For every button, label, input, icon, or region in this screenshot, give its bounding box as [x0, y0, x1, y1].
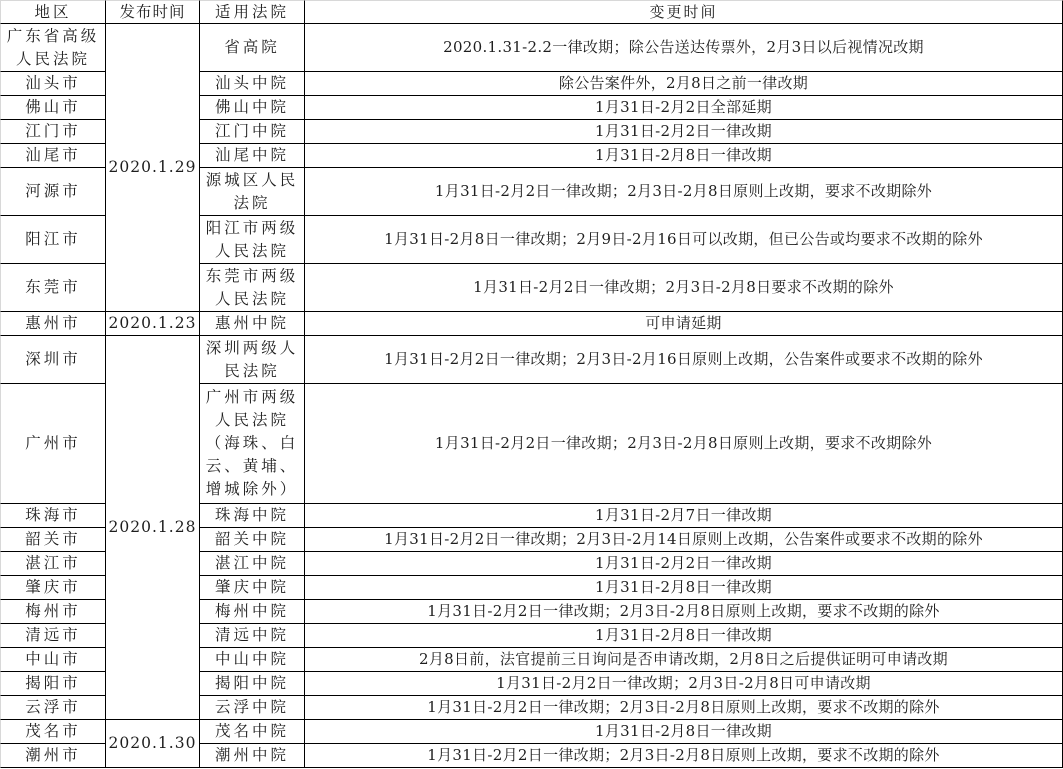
- region-cell: 惠州市: [0, 312, 106, 336]
- change-time-cell: 1月31日-2月2日一律改期；2月3日-2月14日原则上改期，公告案件或要求不改…: [305, 528, 1063, 552]
- region-cell: 揭阳市: [0, 672, 106, 696]
- change-time-cell: 1月31日-2月2日一律改期；2月3日-2月8日可申请改期: [305, 672, 1063, 696]
- court-cell: 梅州中院: [200, 600, 305, 624]
- court-cell: 云浮中院: [200, 696, 305, 720]
- region-cell: 中山市: [0, 648, 106, 672]
- court-cell: 珠海中院: [200, 504, 305, 528]
- court-cell: 茂名中院: [200, 720, 305, 744]
- region-cell: 肇庆市: [0, 576, 106, 600]
- region-cell: 汕头市: [0, 72, 106, 96]
- change-time-cell: 可申请延期: [305, 312, 1063, 336]
- court-cell: 肇庆中院: [200, 576, 305, 600]
- header-region: 地区: [0, 0, 106, 24]
- publish-date-group: 2020.1.23: [106, 312, 200, 336]
- region-cell: 江门市: [0, 120, 106, 144]
- publish-date-group: 2020.1.28: [106, 336, 200, 720]
- region-cell: 潮州市: [0, 744, 106, 768]
- change-time-cell: 1月31日-2月2日一律改期: [305, 120, 1063, 144]
- region-cell: 河源市: [0, 168, 106, 216]
- region-cell: 清远市: [0, 624, 106, 648]
- region-cell: 佛山市: [0, 96, 106, 120]
- change-time-cell: 1月31日-2月2日一律改期；2月3日-2月8日原则上改期，要求不改期的除外: [305, 744, 1063, 768]
- region-cell: 梅州市: [0, 600, 106, 624]
- change-time-cell: 1月31日-2月7日一律改期: [305, 504, 1063, 528]
- region-cell: 汕尾市: [0, 144, 106, 168]
- court-postponement-table: 地区 发布时间 适用法院 变更时间 2020.1.29 2020.1.23 20…: [0, 0, 1063, 768]
- publish-date-group: 2020.1.30: [106, 720, 200, 768]
- header-change-time: 变更时间: [305, 0, 1063, 24]
- court-cell: 清远中院: [200, 624, 305, 648]
- change-time-cell: 1月31日-2月2日一律改期；2月3日-2月16日原则上改期，公告案件或要求不改…: [305, 336, 1063, 384]
- region-cell: 云浮市: [0, 696, 106, 720]
- change-time-cell: 1月31日-2月2日一律改期；2月3日-2月8日原则上改期，要求不改期的除外: [305, 696, 1063, 720]
- court-cell: 揭阳中院: [200, 672, 305, 696]
- court-cell: 佛山中院: [200, 96, 305, 120]
- region-cell: 韶关市: [0, 528, 106, 552]
- court-cell: 中山中院: [200, 648, 305, 672]
- change-time-cell: 1月31日-2月2日一律改期: [305, 552, 1063, 576]
- region-cell: 广州市: [0, 384, 106, 504]
- change-time-cell: 2月8日前，法官提前三日询问是否申请改期，2月8日之后提供证明可申请改期: [305, 648, 1063, 672]
- change-time-cell: 1月31日-2月8日一律改期: [305, 576, 1063, 600]
- change-time-cell: 1月31日-2月8日一律改期；2月9日-2月16日可以改期，但已公告或均要求不改…: [305, 216, 1063, 264]
- court-cell: 湛江中院: [200, 552, 305, 576]
- publish-date-group: 2020.1.29: [106, 24, 200, 312]
- court-cell: 惠州中院: [200, 312, 305, 336]
- change-time-cell: 1月31日-2月8日一律改期: [305, 720, 1063, 744]
- change-time-cell: 1月31日-2月2日一律改期；2月3日-2月8日要求不改期的除外: [305, 264, 1063, 312]
- region-cell: 阳江市: [0, 216, 106, 264]
- header-publish-date: 发布时间: [106, 0, 200, 24]
- court-cell: 省高院: [200, 24, 305, 72]
- court-cell: 源城区人民 法院: [200, 168, 305, 216]
- court-cell: 深圳两级人 民法院: [200, 336, 305, 384]
- region-cell: 深圳市: [0, 336, 106, 384]
- change-time-cell: 1月31日-2月2日一律改期；2月3日-2月8日原则上改期，要求不改期除外: [305, 168, 1063, 216]
- court-cell: 潮州中院: [200, 744, 305, 768]
- change-time-cell: 1月31日-2月8日一律改期: [305, 144, 1063, 168]
- court-cell: 汕尾中院: [200, 144, 305, 168]
- change-time-cell: 2020.1.31-2.2一律改期；除公告送达传票外，2月3日以后视情况改期: [305, 24, 1063, 72]
- header-court: 适用法院: [200, 0, 305, 24]
- court-cell: 汕头中院: [200, 72, 305, 96]
- change-time-cell: 1月31日-2月2日全部延期: [305, 96, 1063, 120]
- change-time-cell: 除公告案件外，2月8日之前一律改期: [305, 72, 1063, 96]
- region-cell: 茂名市: [0, 720, 106, 744]
- change-time-cell: 1月31日-2月8日一律改期: [305, 624, 1063, 648]
- court-cell: 阳江市两级 人民法院: [200, 216, 305, 264]
- court-cell: 东莞市两级 人民法院: [200, 264, 305, 312]
- region-cell: 珠海市: [0, 504, 106, 528]
- change-time-cell: 1月31日-2月2日一律改期；2月3日-2月8日原则上改期，要求不改期的除外: [305, 600, 1063, 624]
- change-time-cell: 1月31日-2月2日一律改期；2月3日-2月8日原则上改期，要求不改期除外: [305, 384, 1063, 504]
- region-cell: 湛江市: [0, 552, 106, 576]
- region-cell: 东莞市: [0, 264, 106, 312]
- court-cell: 江门中院: [200, 120, 305, 144]
- region-cell: 广东省高级 人民法院: [0, 24, 106, 72]
- court-cell: 广州市两级 人民法院 （海珠、白 云、黄埔、 增城除外）: [200, 384, 305, 504]
- court-cell: 韶关中院: [200, 528, 305, 552]
